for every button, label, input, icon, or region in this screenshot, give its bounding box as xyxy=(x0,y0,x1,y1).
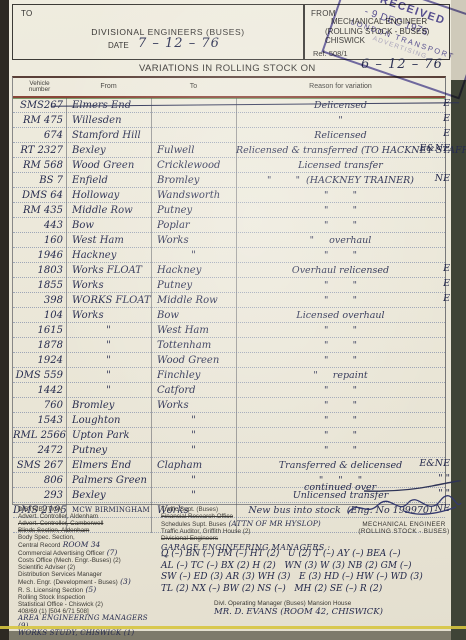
cell-from: Middle Row xyxy=(66,204,151,217)
cell-from: " xyxy=(66,384,151,397)
footer-line-text: Body Spec. Section, xyxy=(18,534,75,541)
cell-num: 293 xyxy=(13,489,66,502)
paper-page: TO DIVISIONAL ENGINEERS (BUSES) DATE 7 –… xyxy=(9,0,451,631)
footer-line: Distribution Services Manager xyxy=(18,571,156,578)
traffic-list: Traffic Supt. (Buses)Financial Research … xyxy=(161,506,331,559)
table-row: BS 7EnfieldBromley" " (HACKNEY TRAINER)N… xyxy=(13,173,445,188)
col-header-reason: Reason for variation xyxy=(236,84,445,91)
table-row: 1615"West Ham" " xyxy=(13,323,445,338)
footer-line-text: Rolling Stock Inspection xyxy=(18,594,85,601)
table-row: 443BowPoplar" " xyxy=(13,218,445,233)
cell-to: " xyxy=(151,429,236,442)
table-row: 398WORKS FLOATMiddle Row" "E xyxy=(13,293,445,308)
cell-reason: " " xyxy=(236,249,445,262)
table-row: 1543Loughton"" " xyxy=(13,413,445,428)
handwritten-note: ROOM 34 xyxy=(60,540,100,549)
scanned-form: TO DIVISIONAL ENGINEERS (BUSES) DATE 7 –… xyxy=(0,0,466,640)
footer-line: WORKS STUDY, CHISWICK (1) xyxy=(18,630,156,638)
cell-to: Wood Green xyxy=(151,354,236,367)
cell-to: Putney xyxy=(151,279,236,292)
cell-to: Works xyxy=(151,504,236,517)
table-row: DMS 559"Finchley" repaint xyxy=(13,368,445,383)
to-label: TO xyxy=(21,9,33,18)
footer-line: Q (–) BN (–) PM (–) HT (2) U (2) T (–) A… xyxy=(161,549,466,561)
cell-reason: " " (HACKNEY TRAINER) xyxy=(236,174,445,187)
cell-num: RM 435 xyxy=(13,204,66,217)
cell-to: Works xyxy=(151,234,236,247)
cell-num: DMS 559 xyxy=(13,369,66,382)
cell-reason: " " xyxy=(236,384,445,397)
cell-from: WORKS FLOAT xyxy=(66,294,151,307)
col-header-to: To xyxy=(151,84,236,91)
cell-from: Hackney xyxy=(66,249,151,262)
table-row: 1924"Wood Green" " xyxy=(13,353,445,368)
cell-num: 1442 xyxy=(13,384,66,397)
footer-line-text: SW (–) ED (3) AR (3) WH (3) E (3) HD (–)… xyxy=(161,572,423,582)
header-divider xyxy=(303,5,305,59)
cell-reason: " " xyxy=(236,189,445,202)
footer-line: Financial Research Office xyxy=(161,513,331,520)
cell-reason: " xyxy=(236,114,445,127)
table-row: RT 2327BexleyFulwellRelicensed & transfe… xyxy=(13,143,445,158)
cell-reason: Licensed transfer xyxy=(236,159,445,172)
footer-line: Advert. Controller, Camberwell xyxy=(18,520,156,527)
cell-from: Putney xyxy=(66,444,151,457)
table-row: RM 475Willesden"E xyxy=(13,113,445,128)
cell-num: 2472 xyxy=(13,444,66,457)
cell-reason: " " xyxy=(236,324,445,337)
cell-from: Works xyxy=(66,309,151,322)
margin-code: E&NE xyxy=(419,458,450,469)
garage-managers-list: Q (–) BN (–) PM (–) HT (2) U (2) T (–) A… xyxy=(161,549,466,595)
cell-from: Loughton xyxy=(66,414,151,427)
cell-reason: " " xyxy=(236,414,445,427)
cell-from: Bexley xyxy=(66,489,151,502)
cell-from: Bow xyxy=(66,219,151,232)
footer-line-text: Advert. Controller, Aldenham xyxy=(18,513,98,520)
table-row: 104WorksBowLicensed overhaul xyxy=(13,308,445,323)
cell-reason: " overhaul xyxy=(236,234,445,247)
cell-from: Willesden xyxy=(66,114,151,127)
footer-line-text: 408/69 (1) [504 6/71 508] xyxy=(18,608,89,615)
footer-line: Statistical Office - Chiswick (2) xyxy=(18,601,156,608)
cell-num: 1803 xyxy=(13,264,66,277)
distribution-list: DISTRIBUTIONAdvert. Controller, Aldenham… xyxy=(18,506,156,638)
footer-line-text: AL (–) TC (–) BX (2) H (2) WN (3) W (3) … xyxy=(161,561,411,571)
cell-from: " xyxy=(66,369,151,382)
received-stamp: RECEIVED - 9 DEC 1976 LONDON TRANSPORT A… xyxy=(321,0,466,99)
cell-num: 1878 xyxy=(13,339,66,352)
cell-to: Putney xyxy=(151,204,236,217)
footer-line: 408/69 (1) [504 6/71 508] xyxy=(18,608,156,615)
cell-num: 104 xyxy=(13,309,66,322)
cell-to: Tottenham xyxy=(151,339,236,352)
col-header-vehicle-line1: Vehicle xyxy=(13,81,66,88)
cell-num: DMS 64 xyxy=(13,189,66,202)
footer-line-text: Schedules Supt. Buses xyxy=(161,521,226,528)
date-label: DATE xyxy=(108,41,129,50)
cell-to: Works xyxy=(151,399,236,412)
footer-line-text: Central Record xyxy=(18,542,60,549)
cell-reason: " " xyxy=(236,204,445,217)
cell-num: SMS267 xyxy=(13,99,66,112)
cell-from: " xyxy=(66,339,151,352)
cell-from: MCW BIRMINGHAM xyxy=(66,504,151,517)
scan-yellow-line xyxy=(0,626,466,629)
cell-from: Bromley xyxy=(66,399,151,412)
cell-reason: " " xyxy=(236,339,445,352)
cell-num: 1543 xyxy=(13,414,66,427)
margin-code: E xyxy=(443,263,450,274)
footer-line: Divisional Engineers xyxy=(161,535,331,542)
table-row: SMS267Elmers EndDelicensedE xyxy=(13,98,445,113)
footer-line: Scientific Adviser (2) xyxy=(18,564,156,571)
margin-code: E xyxy=(443,113,450,124)
footer-line: Blinds Section, Aldenham xyxy=(18,527,156,534)
cell-reason: " " xyxy=(236,219,445,232)
cell-num: 674 xyxy=(13,129,66,142)
cell-num: 1924 xyxy=(13,354,66,367)
col-header-from: From xyxy=(66,84,151,91)
margin-code: E xyxy=(443,293,450,304)
cell-num: BS 7 xyxy=(13,174,66,187)
cell-to: " xyxy=(151,474,236,487)
cell-from: West Ham xyxy=(66,234,151,247)
footer-line: Costs Office (Mech. Engr.-Buses) (2) xyxy=(18,557,156,564)
scan-edge-left xyxy=(0,0,9,640)
table-row: DMS 64HollowayWandsworth" " xyxy=(13,188,445,203)
cell-to: " xyxy=(151,249,236,262)
cell-reason: " " xyxy=(236,279,445,292)
cell-to: West Ham xyxy=(151,324,236,337)
cell-to: Clapham xyxy=(151,459,236,472)
form-title: VARIATIONS IN ROLLING STOCK ON xyxy=(139,63,316,74)
cell-num: 443 xyxy=(13,219,66,232)
cell-to: Cricklewood xyxy=(151,159,236,172)
table-row: 760BromleyWorks" " xyxy=(13,398,445,413)
cell-to: Bromley xyxy=(151,174,236,187)
footer-line: Traffic Auditor, Griffith House (2) xyxy=(161,528,331,535)
footer-line-text: Scientific Adviser (2) xyxy=(18,564,75,571)
table-row: 1855WorksPutney" "E xyxy=(13,278,445,293)
cell-reason: " " xyxy=(236,429,445,442)
footer-line-text: Mech. Engr. (Development - Buses) xyxy=(18,579,118,586)
cell-from: Stamford Hill xyxy=(66,129,151,142)
footer-line: R. S. Licensing Section (5) xyxy=(18,586,156,594)
cell-to: Bow xyxy=(151,309,236,322)
cell-num: RT 2327 xyxy=(13,144,66,157)
signature-scribble xyxy=(344,495,464,521)
cell-from: Holloway xyxy=(66,189,151,202)
table-row: 2472Putney"" " xyxy=(13,443,445,458)
cell-reason: Overhaul relicensed xyxy=(236,264,445,277)
footer-line: Rolling Stock Inspection xyxy=(18,594,156,601)
cell-reason: " " xyxy=(236,444,445,457)
table-row: 674Stamford HillRelicensedE xyxy=(13,128,445,143)
handwritten-note: (ATTN OF MR HYSLOP) xyxy=(226,519,321,528)
cell-to: Hackney xyxy=(151,264,236,277)
handwritten-note: (7) xyxy=(104,548,117,557)
footer-line-text: Commercial Advertising Officer xyxy=(18,550,104,557)
footer-line: Schedules Supt. Buses (ATTN OF MR HYSLOP… xyxy=(161,520,331,528)
table-row: RM 568Wood GreenCricklewoodLicensed tran… xyxy=(13,158,445,173)
stamp-dept-text: ADVERTISING xyxy=(332,21,466,74)
margin-code: E xyxy=(443,128,450,139)
table-row: SMS 267Elmers EndClaphamTransferred & de… xyxy=(13,458,445,473)
cell-reason: Licensed overhaul xyxy=(236,309,445,322)
cell-to: " xyxy=(151,444,236,457)
operating-manager-handwritten: MR. D. EVANS (ROOM 42, CHISWICK) xyxy=(214,607,383,617)
footer-line-text: Divisional Engineers xyxy=(161,535,218,542)
footer-line: Central Record ROOM 34 xyxy=(18,541,156,549)
cell-to: Finchley xyxy=(151,369,236,382)
signature-block: MECHANICAL ENGINEER (ROLLING STOCK - BUS… xyxy=(339,495,466,535)
cell-num: 1946 xyxy=(13,249,66,262)
footer-line-text: Financial Research Office xyxy=(161,513,233,520)
cell-reason: " " xyxy=(236,354,445,367)
table-row: RML 2566Upton Park"" " xyxy=(13,428,445,443)
cell-num: 1855 xyxy=(13,279,66,292)
table-row: 1946Hackney"" " xyxy=(13,248,445,263)
table-row: 1442"Catford" " xyxy=(13,383,445,398)
cell-reason: " " xyxy=(236,294,445,307)
handwritten-note: (5) xyxy=(83,585,96,594)
footer-line-text: WORKS STUDY, CHISWICK (1) xyxy=(18,629,134,637)
col-header-vehicle-line2: number xyxy=(13,87,66,94)
cell-from: Works xyxy=(66,279,151,292)
footer-line: SW (–) ED (3) AR (3) WH (3) E (3) HD (–)… xyxy=(161,572,466,584)
footer-line-text: R. S. Licensing Section xyxy=(18,587,83,594)
footer-line-text: Advert. Controller, Camberwell xyxy=(18,520,103,527)
footer-line-text: Distribution Services Manager xyxy=(18,571,102,578)
footer-line-text: Q (–) BN (–) PM (–) HT (2) U (2) T (–) A… xyxy=(161,549,401,559)
from-label: FROM xyxy=(311,9,336,18)
footer-line-text: TL (2) NX (–) BW (2) NS (–) MH (2) SE (–… xyxy=(161,584,382,594)
to-name: DIVISIONAL ENGINEERS (BUSES) xyxy=(53,27,283,37)
footer-line-text: Statistical Office - Chiswick (2) xyxy=(18,601,103,608)
footer-line: Body Spec. Section, xyxy=(18,534,156,541)
margin-code: E xyxy=(443,98,450,109)
cell-to: Middle Row xyxy=(151,294,236,307)
sig-stamp-line2: (ROLLING STOCK - BUSES) xyxy=(339,528,466,535)
cell-from: Elmers End xyxy=(66,459,151,472)
cell-num: 398 xyxy=(13,294,66,307)
cell-num: DMS 2195 xyxy=(13,504,66,517)
cell-to: " xyxy=(151,489,236,502)
footer-line-text: Traffic Supt. (Buses) xyxy=(161,506,218,513)
date-value-handwritten: 7 – 12 – 76 xyxy=(138,36,220,51)
cell-from: Elmers End xyxy=(66,99,151,112)
table-header: Vehicle number From To Reason for variat… xyxy=(13,78,445,98)
cell-num: 806 xyxy=(13,474,66,487)
variations-table: Vehicle number From To Reason for variat… xyxy=(12,76,446,505)
cell-from: Bexley xyxy=(66,144,151,157)
cell-reason: Transferred & delicensed xyxy=(236,459,445,472)
table-row: 1878"Tottenham" " xyxy=(13,338,445,353)
cell-reason: Delicensed xyxy=(236,99,445,112)
cell-num: 160 xyxy=(13,234,66,247)
cell-from: Palmers Green xyxy=(66,474,151,487)
footer-line: GARAGE ENGINEERING MANAGERS :— xyxy=(161,544,331,559)
cell-num: RM 568 xyxy=(13,159,66,172)
footer-line-text: Blinds Section, Aldenham xyxy=(18,527,89,534)
table-vline-1 xyxy=(66,98,67,533)
cell-to: Catford xyxy=(151,384,236,397)
cell-reason: " " xyxy=(236,399,445,412)
cell-num: SMS 267 xyxy=(13,459,66,472)
table-vline-3 xyxy=(236,98,237,533)
cell-reason: " repaint xyxy=(236,369,445,382)
cell-to: " xyxy=(151,414,236,427)
margin-code: E&NE xyxy=(419,143,450,154)
cell-to: Fulwell xyxy=(151,144,236,157)
cell-from: " xyxy=(66,324,151,337)
handwritten-note: (3) xyxy=(118,577,131,586)
cell-from: Enfield xyxy=(66,174,151,187)
cell-from: Upton Park xyxy=(66,429,151,442)
cell-reason: Relicensed xyxy=(236,129,445,142)
footer-line: Mech. Engr. (Development - Buses) (3) xyxy=(18,578,156,586)
cell-from: " xyxy=(66,354,151,367)
continued-note: continued over xyxy=(304,477,464,495)
cell-num: 760 xyxy=(13,399,66,412)
footer-line: AL (–) TC (–) BX (2) H (2) WN (3) W (3) … xyxy=(161,561,466,573)
margin-code: NE xyxy=(435,173,450,184)
cell-from: Works FLOAT xyxy=(66,264,151,277)
continued-flourish xyxy=(362,479,462,495)
operating-manager-printed: Divl. Operating Manager (Buses) Mansion … xyxy=(214,600,351,607)
table-body: SMS267Elmers EndDelicensedERM 475Willesd… xyxy=(13,98,445,533)
footer-line-text: DISTRIBUTION xyxy=(18,506,62,513)
margin-code: E xyxy=(443,278,450,289)
col-header-vehicle: Vehicle number xyxy=(13,81,66,94)
table-row: 160West HamWorks" overhaul xyxy=(13,233,445,248)
footer-line-text: GARAGE ENGINEERING MANAGERS :— xyxy=(161,543,330,560)
footer-line-text: Traffic Auditor, Griffith House (2) xyxy=(161,528,250,535)
footer-line: DISTRIBUTION xyxy=(18,506,156,513)
cell-num: RML 2566 xyxy=(13,429,66,442)
table-row: RM 435Middle RowPutney" " xyxy=(13,203,445,218)
footer-line: Advert. Controller, Aldenham xyxy=(18,513,156,520)
cell-from: Wood Green xyxy=(66,159,151,172)
footer-line: TL (2) NX (–) BW (2) NS (–) MH (2) SE (–… xyxy=(161,584,466,596)
footer-line: Traffic Supt. (Buses) xyxy=(161,506,331,513)
footer-line: Commercial Advertising Officer (7) xyxy=(18,549,156,557)
table-vline-2 xyxy=(151,98,152,533)
sig-stamp-line1: MECHANICAL ENGINEER xyxy=(339,521,466,528)
cell-num: RM 475 xyxy=(13,114,66,127)
cell-to: Wandsworth xyxy=(151,189,236,202)
cell-to: Poplar xyxy=(151,219,236,232)
cell-num: 1615 xyxy=(13,324,66,337)
footer-line-text: Costs Office (Mech. Engr.-Buses) (2) xyxy=(18,557,121,564)
table-row: 1803Works FLOATHackneyOverhaul relicense… xyxy=(13,263,445,278)
